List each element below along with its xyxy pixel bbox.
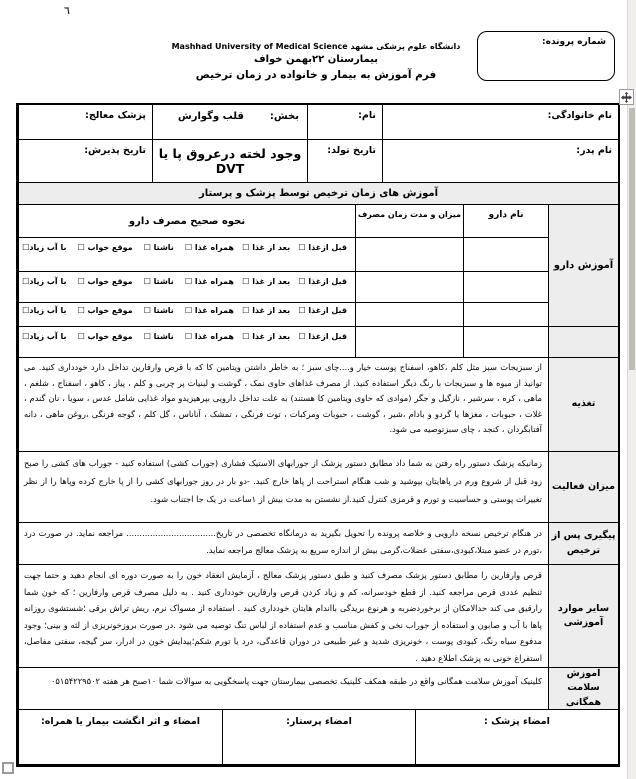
other-items-label: سایر موارد آموزشی: [548, 565, 618, 668]
med-usage-header: نحوه صحیح مصرف دارو: [18, 205, 355, 238]
med-row2-amount: [355, 272, 463, 303]
med-name-header: نام دارو: [463, 205, 548, 238]
education-band-title: آموزش های زمان ترخیص توسط پزشک و پرستار: [18, 183, 618, 205]
activity-text: زمانیکه پزشک دستور راه رفتن به شما داد م…: [18, 452, 548, 523]
med-row1-name: [463, 238, 548, 272]
first-name-cell: نام:: [307, 105, 382, 140]
nurse-signature-cell: امضاء پرستار:: [222, 710, 415, 765]
family-name-cell: نام خانوادگی:: [382, 105, 618, 140]
ward-cell: بخش: قلب وگوارش: [152, 105, 307, 140]
med-row4-amount: [355, 327, 463, 358]
health-education-label: آموزش سلامت همگانی: [548, 668, 618, 710]
file-number-label: شماره پرونده:: [542, 37, 606, 47]
other-items-text: قرص وارفارین را مطابق دستور پزشک مصرف کن…: [18, 565, 548, 668]
med-row2-usage: قبل ازغذا ☐ بعد از غذا ☐ همراه غذا ☐ ناش…: [18, 272, 355, 303]
nutrition-label: تغذیه: [548, 358, 618, 452]
document-page: ٦ دانشگاه علوم پزشکی مشهد Mashhad Univer…: [0, 0, 636, 779]
med-row4-name: [463, 327, 548, 358]
med-row1-amount: [355, 238, 463, 272]
ward-label: بخش:: [270, 111, 299, 139]
form-table: نام خانوادگی: نام: بخش: قلب وگوارش پزشک …: [16, 103, 620, 767]
med-row3-amount: [355, 303, 463, 327]
med-row4-usage: قبل ازغذا ☐ بعد از غذا ☐ همراه غذا ☐ ناش…: [18, 327, 355, 358]
activity-label: میزان فعالیت: [548, 452, 618, 523]
patient-signature-cell: امضاء و اثر انگشت بیمار یا همراه:: [18, 710, 222, 765]
table-resize-handle[interactable]: [2, 762, 14, 774]
med-row3-usage: قبل ازغذا ☐ بعد از غذا ☐ همراه غذا ☐ ناش…: [18, 303, 355, 327]
page-number: ٦: [64, 4, 70, 17]
med-row2-name: [463, 272, 548, 303]
birth-date-cell: تاریخ تولد:: [307, 140, 382, 183]
scrollbar-thumb[interactable]: [629, 108, 635, 370]
med-side-empty-cell: [548, 327, 618, 358]
physician-signature-cell: امضاء پزشک :: [415, 710, 618, 765]
nutrition-text: از سبزیجات سبز مثل کلم ،کاهو، اسفناج پوس…: [18, 358, 548, 452]
physician-cell: پزشک معالج:: [18, 105, 152, 140]
followup-text: در هنگام ترخیص نسخه دارویی و خلاصه پروند…: [18, 523, 548, 565]
ward-value: قلب وگوارش: [178, 111, 244, 139]
health-education-text: کلینیک آموزش سلامت همگانی واقع در طبقه ه…: [18, 668, 548, 710]
med-side-label: آموزش دارو: [548, 205, 618, 327]
file-number-box: شماره پرونده:: [477, 31, 615, 81]
med-row3-name: [463, 303, 548, 327]
med-amount-header: میزان و مدت زمان مصرف: [355, 205, 463, 238]
father-name-cell: نام پدر:: [382, 140, 618, 183]
diagnosis-cell: وجود لخته درعروق پا یا DVT: [152, 140, 307, 183]
move-arrows-icon: [621, 88, 632, 107]
admission-date-cell: تاریخ پذیرش:: [18, 140, 152, 183]
scrollbar[interactable]: [627, 0, 636, 779]
med-row1-usage: قبل ازغذا ☐ بعد از غذا ☐ همراه غذا ☐ ناش…: [18, 238, 355, 272]
table-move-handle[interactable]: [619, 89, 634, 105]
followup-label: پیگیری پس از ترخیص: [548, 523, 618, 565]
